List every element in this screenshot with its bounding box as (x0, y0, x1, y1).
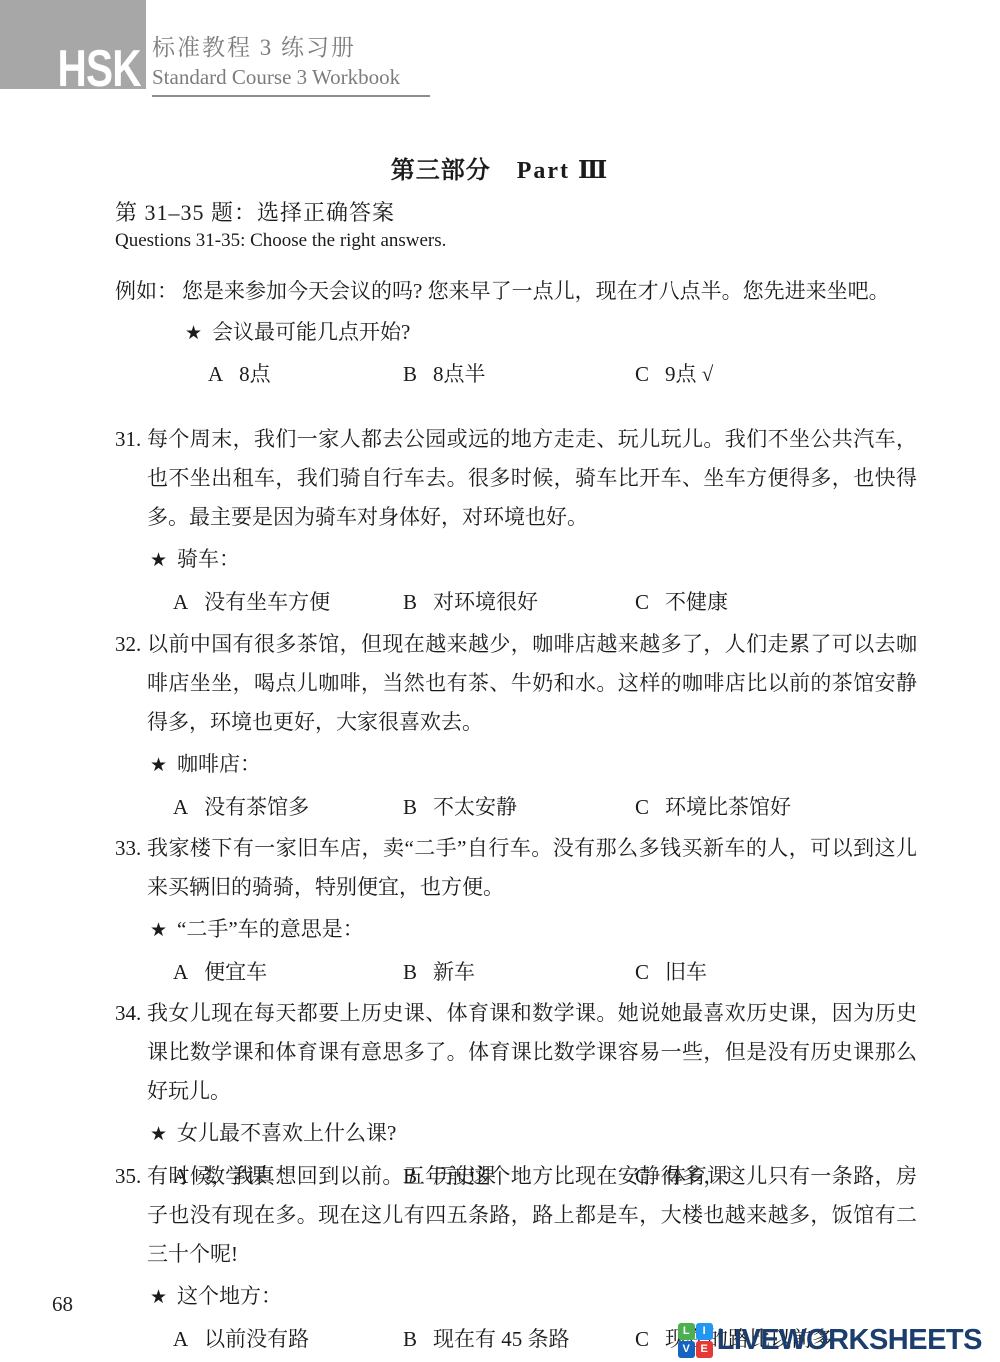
option-text: 没有坐车方便 (204, 590, 330, 614)
question-33: 33.我家楼下有一家旧车店，卖“二手”自行车。没有那么多钱买新车的人，可以到这儿… (115, 829, 917, 992)
section-heading-zh: 第 31–35 题：选择正确答案 (115, 196, 395, 227)
option-letter: A (173, 1320, 188, 1359)
passage-text: 以前中国有很多茶馆，但现在越来越少，咖啡店越来越多了，人们走累了可以去咖啡店坐坐… (147, 632, 917, 734)
question-32-option-a[interactable]: A没有茶馆多 (173, 788, 309, 827)
option-text: 便宜车 (204, 960, 267, 984)
question-35-passage: 35.有时候，我真想回到以前。五年前这个地方比现在安静得多，这儿只有一条路，房子… (115, 1157, 917, 1274)
question-33-option-c[interactable]: C旧车 (635, 953, 707, 992)
liveworksheets-brand[interactable]: L I V E LIVEWORKSHEETS (678, 1322, 982, 1358)
hsk-logo-box: HSK (0, 0, 146, 89)
option-letter: B (403, 583, 417, 622)
option-text: 对环境很好 (433, 590, 538, 614)
star-icon: ★ (150, 550, 167, 571)
question-33-passage: 33.我家楼下有一家旧车店，卖“二手”自行车。没有那么多钱买新车的人，可以到这儿… (115, 829, 917, 907)
question-33-options-row: A便宜车 B新车 C旧车 (115, 953, 917, 992)
question-35-option-b[interactable]: B现在有 45 条路 (403, 1320, 570, 1359)
question-32-option-c[interactable]: C环境比茶馆好 (635, 788, 791, 827)
brand-tile-e: E (696, 1341, 713, 1358)
question-31-option-a[interactable]: A没有坐车方便 (173, 583, 330, 622)
option-letter: C (635, 1320, 649, 1359)
option-text: 环境比茶馆好 (665, 795, 791, 819)
example-passage: 例如：您是来参加今天会议的吗? 您来早了一点儿，现在才八点半。您先进来坐吧。 (115, 272, 917, 311)
workbook-page: HSK 标准教程 3 练习册 Standard Course 3 Workboo… (0, 0, 1000, 1362)
question-prompt: 咖啡店： (177, 752, 261, 776)
option-text: 不健康 (665, 590, 728, 614)
header-title-en: Standard Course 3 Workbook (152, 63, 430, 97)
star-icon: ★ (185, 323, 202, 344)
brand-tile-v: V (678, 1341, 695, 1358)
option-letter: B (403, 1320, 417, 1359)
passage-text: 我女儿现在每天都要上历史课、体育课和数学课。她说她最喜欢历史课，因为历史课比数学… (147, 1001, 917, 1103)
part-title: 第三部分Part Ⅲ (0, 150, 1000, 185)
question-prompt: 女儿最不喜欢上什么课? (177, 1121, 396, 1145)
example-label: 例如： (115, 279, 178, 303)
option-letter: A (208, 355, 223, 394)
option-letter: A (173, 788, 188, 827)
question-34-passage: 34.我女儿现在每天都要上历史课、体育课和数学课。她说她最喜欢历史课，因为历史课… (115, 994, 917, 1111)
option-letter: C (635, 355, 649, 394)
question-32-options-row: A没有茶馆多 B不太安静 C环境比茶馆好 (115, 788, 917, 827)
question-31-options-row: A没有坐车方便 B对环境很好 C不健康 (115, 583, 917, 622)
star-icon: ★ (150, 1287, 167, 1308)
example-prompt-line: ★会议最可能几点开始? (185, 313, 917, 353)
question-34-prompt-line: ★女儿最不喜欢上什么课? (150, 1114, 917, 1154)
question-31-option-c[interactable]: C不健康 (635, 583, 728, 622)
question-prompt: 骑车： (177, 547, 240, 571)
page-number: 68 (52, 1292, 73, 1317)
question-prompt: 这个地方： (177, 1284, 282, 1308)
question-number: 35. (115, 1157, 141, 1196)
option-text: 8点 (239, 362, 271, 386)
question-number: 33. (115, 829, 141, 868)
option-text: 9点 √ (665, 362, 713, 386)
header-titles: 标准教程 3 练习册 Standard Course 3 Workbook (152, 33, 430, 97)
passage-text: 有时候，我真想回到以前。五年前这个地方比现在安静得多，这儿只有一条路，房子也没有… (147, 1164, 917, 1266)
question-31-passage: 31.每个周末，我们一家人都去公园或远的地方走走、玩儿玩儿。我们不坐公共汽车，也… (115, 420, 917, 537)
example-block: 例如：您是来参加今天会议的吗? 您来早了一点儿，现在才八点半。您先进来坐吧。 ★… (115, 272, 917, 394)
question-number: 31. (115, 420, 141, 459)
option-text: 没有茶馆多 (204, 795, 309, 819)
example-passage-text: 您是来参加今天会议的吗? 您来早了一点儿，现在才八点半。您先进来坐吧。 (182, 279, 890, 303)
option-text: 新车 (433, 960, 475, 984)
example-option-c[interactable]: C9点 √ (635, 355, 713, 394)
question-35-prompt-line: ★这个地方： (150, 1277, 917, 1317)
liveworksheets-icon: L I V E (678, 1323, 713, 1358)
header-title-zh: 标准教程 3 练习册 (152, 33, 430, 63)
option-text: 现在有 45 条路 (433, 1327, 570, 1351)
brand-tile-i: I (696, 1323, 713, 1340)
option-text: 8点半 (433, 362, 486, 386)
question-32: 32.以前中国有很多茶馆，但现在越来越少，咖啡店越来越多了，人们走累了可以去咖啡… (115, 625, 917, 827)
option-letter: C (635, 583, 649, 622)
question-33-option-b[interactable]: B新车 (403, 953, 475, 992)
part-title-zh: 第三部分 (391, 158, 491, 184)
option-letter: C (635, 788, 649, 827)
question-31: 31.每个周末，我们一家人都去公园或远的地方走走、玩儿玩儿。我们不坐公共汽车，也… (115, 420, 917, 622)
question-number: 34. (115, 994, 141, 1033)
question-33-prompt-line: ★“二手”车的意思是： (150, 910, 917, 950)
option-letter: A (173, 953, 188, 992)
question-33-option-a[interactable]: A便宜车 (173, 953, 267, 992)
liveworksheets-wordmark: LIVEWORKSHEETS (717, 1324, 982, 1357)
example-prompt: 会议最可能几点开始? (212, 320, 410, 344)
part-title-en: Part Ⅲ (517, 158, 610, 184)
option-letter: B (403, 355, 417, 394)
passage-text: 我家楼下有一家旧车店，卖“二手”自行车。没有那么多钱买新车的人，可以到这儿来买辆… (147, 836, 917, 899)
hsk-logo: HSK (58, 43, 141, 95)
option-text: 旧车 (665, 960, 707, 984)
option-letter: A (173, 583, 188, 622)
star-icon: ★ (150, 755, 167, 776)
question-32-passage: 32.以前中国有很多茶馆，但现在越来越少，咖啡店越来越多了，人们走累了可以去咖啡… (115, 625, 917, 742)
example-option-b[interactable]: B8点半 (403, 355, 486, 394)
question-35-option-a[interactable]: A以前没有路 (173, 1320, 309, 1359)
question-32-option-b[interactable]: B不太安静 (403, 788, 517, 827)
option-letter: C (635, 953, 649, 992)
star-icon: ★ (150, 920, 167, 941)
question-prompt: “二手”车的意思是： (177, 917, 364, 941)
section-heading-en: Questions 31-35: Choose the right answer… (115, 230, 446, 252)
star-icon: ★ (150, 1124, 167, 1145)
question-number: 32. (115, 625, 141, 664)
example-options-row: A8点 B8点半 C9点 √ (115, 355, 917, 394)
question-31-prompt-line: ★骑车： (150, 540, 917, 580)
option-letter: B (403, 788, 417, 827)
question-31-option-b[interactable]: B对环境很好 (403, 583, 538, 622)
example-option-a[interactable]: A8点 (208, 355, 271, 394)
question-32-prompt-line: ★咖啡店： (150, 745, 917, 785)
option-text: 以前没有路 (204, 1327, 309, 1351)
option-text: 不太安静 (433, 795, 517, 819)
brand-tile-l: L (678, 1323, 695, 1340)
option-letter: B (403, 953, 417, 992)
passage-text: 每个周末，我们一家人都去公园或远的地方走走、玩儿玩儿。我们不坐公共汽车，也不坐出… (147, 427, 917, 529)
